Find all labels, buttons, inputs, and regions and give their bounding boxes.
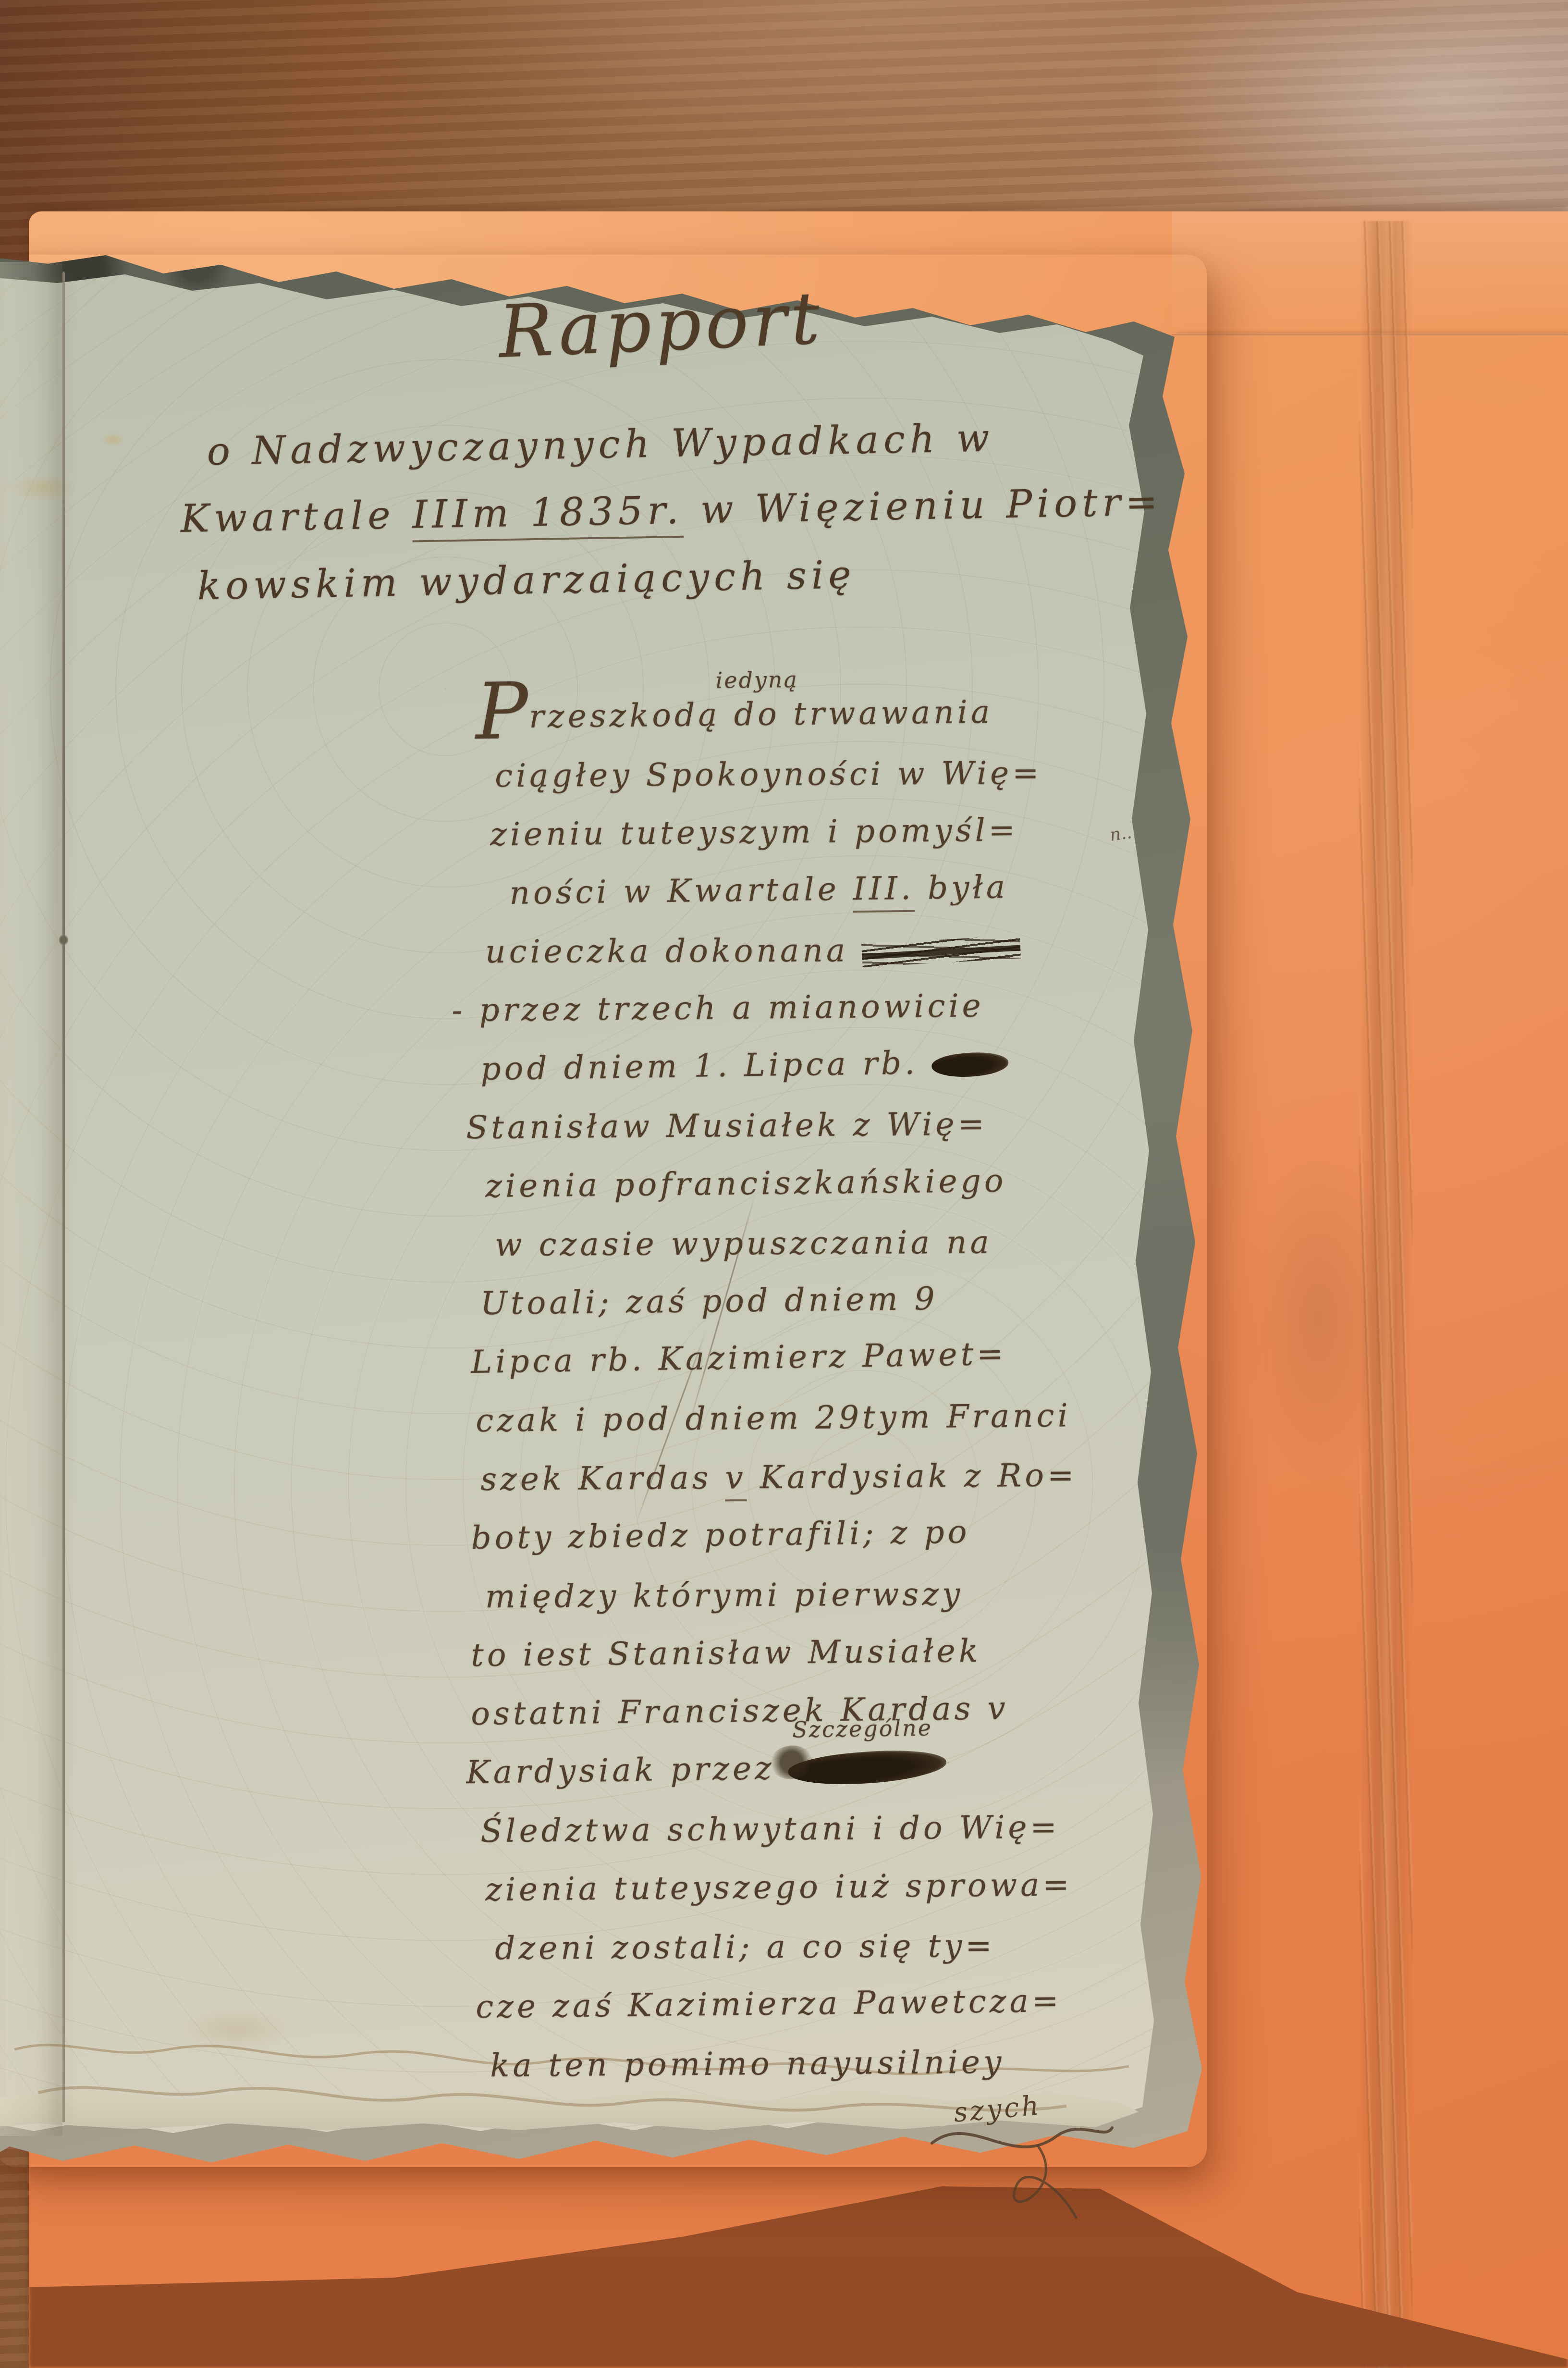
text-segment: rzeszkodą do trwawania	[529, 693, 993, 735]
handwritten-line: czak i pod dniem 29tym Franci	[476, 1400, 1071, 1437]
text-segment: ucieczka dokonana	[485, 932, 862, 970]
handwritten-line: ności w Kwartale III. była	[509, 871, 1009, 909]
photographed-manuscript: Rapport o Nadzwyczaynych Wypadkach wKwar…	[0, 0, 1568, 2368]
text-segment: czak i pod dniem 29tym Franci	[476, 1397, 1071, 1439]
text-segment: w Więzieniu Piotr=	[683, 479, 1163, 532]
text-segment: szek Kardas	[480, 1459, 725, 1498]
text-segment: Kardysiak z Ro=	[747, 1456, 1078, 1496]
handwritten-line: zienia pofranciszkańskiego	[485, 1165, 1007, 1202]
handwritten-line: Utoali; zaś pod dniem 9	[480, 1283, 938, 1320]
text-segment: to iest Stanisław Musiałek	[471, 1632, 981, 1674]
document-title: Rapport	[497, 283, 825, 369]
handwritten-line: szek Kardas v Kardysiak z Ro=	[480, 1459, 1078, 1495]
text-segment: Śledztwa schwytani i do Wię=	[480, 1809, 1060, 1850]
handwritten-line: o Nadzwyczaynych Wypadkach w	[207, 419, 994, 471]
text-segment: pod dniem 1. Lipca rb.	[480, 1044, 932, 1087]
text-segment: dzeni zostali; a co się ty=	[495, 1927, 995, 1967]
text-segment: v	[725, 1459, 747, 1501]
text-segment: IIIm 1835r.	[412, 488, 684, 543]
text-segment: była	[914, 868, 1008, 906]
interline-note: iedyną	[715, 668, 798, 691]
handwritten-line: Śledztwa schwytani i do Wię=	[480, 1812, 1060, 1847]
handwritten-line: dzeni zostali; a co się ty=	[495, 1930, 995, 1964]
text-segment: ciągłey Spokoyności w Wię=	[495, 754, 1042, 794]
text-segment: ności w Kwartale	[509, 870, 853, 912]
text-segment: w czasie wypuszczania na	[495, 1224, 992, 1263]
text-segment: kowskim wydarzaiących się	[197, 552, 857, 608]
text-segment: między którymi pierwszy	[485, 1576, 964, 1615]
folder-smudge	[1239, 1148, 1398, 1485]
manuscript-sheet: Rapport o Nadzwyczaynych Wypadkach wKwar…	[0, 243, 1220, 2184]
handwritten-line: zienia tuteyszego iuż sprowa=	[485, 1869, 1073, 1906]
text-segment: III.	[853, 870, 914, 913]
strikethrough-scribble	[861, 936, 1021, 967]
handwritten-line: Lipca rb. Kazimierz Pawet=	[471, 1338, 1007, 1378]
handwritten-line: cze zaś Kazimierza Pawetcza=	[476, 1985, 1062, 2023]
text-segment: - przez trzech a mianowicie	[452, 987, 984, 1029]
text-segment: ka ten pomimo nayusilniey	[490, 2044, 1005, 2084]
text-segment: o Nadzwyczaynych Wypadkach w	[207, 415, 994, 474]
handwritten-line: zieniu tuteyszym i pomyśl=	[490, 814, 1018, 851]
handwritten-line: ka ten pomimo nayusilniey	[490, 2047, 1004, 2082]
handwritten-line: pod dniem 1. Lipca rb.	[480, 1046, 1009, 1085]
handwritten-line: Kwartale IIIm 1835r. w Więzieniu Piotr=	[180, 482, 1163, 538]
text-segment: P	[475, 666, 529, 757]
catchword-flourish	[918, 2119, 1119, 2230]
handwritten-line: ciągłey Spokoyności w Wię=	[495, 757, 1042, 792]
handwritten-line: między którymi pierwszy	[485, 1579, 964, 1613]
text-segment: Stanisław Musiałek z Wię=	[466, 1105, 988, 1146]
text-segment: cze zaś Kazimierza Pawetcza=	[476, 1982, 1062, 2025]
marginal-mark: n..	[1108, 823, 1133, 845]
text-segment: zienia tuteyszego iuż sprowa=	[485, 1866, 1073, 1908]
handwritten-line: Kardysiak przez Szczególne	[466, 1750, 947, 1789]
handwritten-line: - przez trzech a mianowicie	[452, 990, 984, 1026]
handwritten-line: to iest Stanisław Musiałek	[471, 1635, 981, 1671]
ink-layer: Rapport o Nadzwyczaynych Wypadkach wKwar…	[0, 243, 1220, 2184]
text-segment: Lipca rb. Kazimierz Pawet=	[471, 1335, 1007, 1381]
handwritten-line: Stanisław Musiałek z Wię=	[466, 1108, 988, 1144]
handwritten-line: ucieczka dokonana	[485, 934, 1020, 968]
text-segment: Kwartale	[180, 493, 413, 541]
handwritten-line: kowskim wydarzaiących się	[197, 555, 856, 605]
ink-blot	[787, 1745, 948, 1790]
ink-blot	[931, 1049, 1010, 1080]
handwritten-line: boty zbiedz potrafili; z po	[471, 1516, 970, 1554]
text-segment: boty zbiedz potrafili; z po	[471, 1513, 970, 1556]
handwritten-line: Przeszkodą do trwawaniaiedyną	[476, 696, 993, 733]
text-segment: Utoali; zaś pod dniem 9	[480, 1280, 938, 1322]
text-segment: Kardysiak przez	[466, 1750, 788, 1791]
text-segment: zieniu tuteyszym i pomyśl=	[490, 811, 1018, 853]
interline-note: Szczególne	[792, 1716, 932, 1740]
folder-horizontal-crease	[1177, 332, 1568, 335]
text-segment: zienia pofranciszkańskiego	[485, 1162, 1007, 1205]
